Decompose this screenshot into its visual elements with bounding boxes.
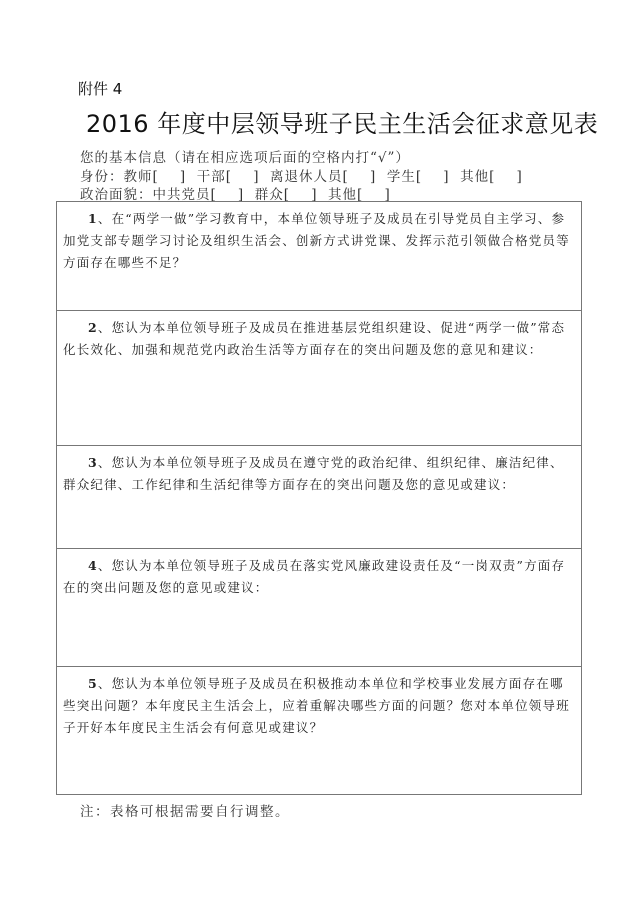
question-row-3[interactable]: 3、您认为本单位领导班子及成员在遵守党的政治纪律、组织纪律、廉洁纪律、群众纪律、…: [57, 446, 581, 549]
question-text: 3、您认为本单位领导班子及成员在遵守党的政治纪律、组织纪律、廉洁纪律、群众纪律、…: [63, 452, 575, 496]
question-text: 5、您认为本单位领导班子及成员在积极推动本单位和学校事业发展方面存在哪些突出问题…: [63, 673, 575, 739]
question-row-4[interactable]: 4、您认为本单位领导班子及成员在落实党风廉政建设责任及“一岗双责”方面存在的突出…: [57, 549, 581, 667]
question-row-2[interactable]: 2、您认为本单位领导班子及成员在推进基层党组织建设、促进“两学一做”常态化长效化…: [57, 311, 581, 446]
attachment-label: 附件 4: [78, 78, 122, 99]
question-text: 2、您认为本单位领导班子及成员在推进基层党组织建设、促进“两学一做”常态化长效化…: [63, 317, 575, 361]
question-row-5[interactable]: 5、您认为本单位领导班子及成员在积极推动本单位和学校事业发展方面存在哪些突出问题…: [57, 667, 581, 795]
page-title: 2016 年度中层领导班子民主生活会征求意见表: [86, 104, 598, 139]
political-status-options[interactable]: 政治面貌：中共党员[ ] 群众[ ] 其他[ ]: [80, 183, 391, 203]
survey-table: 1、在“两学一做”学习教育中，本单位领导班子及成员在引导党员自主学习、参加党支部…: [56, 201, 582, 795]
basic-info-instruction: 您的基本信息（请在相应选项后面的空格内打“√”）: [80, 146, 410, 166]
footer-note: 注：表格可根据需要自行调整。: [80, 800, 290, 820]
question-text: 1、在“两学一做”学习教育中，本单位领导班子及成员在引导党员自主学习、参加党支部…: [63, 208, 575, 274]
question-row-1[interactable]: 1、在“两学一做”学习教育中，本单位领导班子及成员在引导党员自主学习、参加党支部…: [57, 202, 581, 311]
question-text: 4、您认为本单位领导班子及成员在落实党风廉政建设责任及“一岗双责”方面存在的突出…: [63, 555, 575, 599]
identity-options[interactable]: 身份：教师[ ] 干部[ ] 离退休人员[ ] 学生[ ] 其他[ ]: [80, 165, 523, 185]
